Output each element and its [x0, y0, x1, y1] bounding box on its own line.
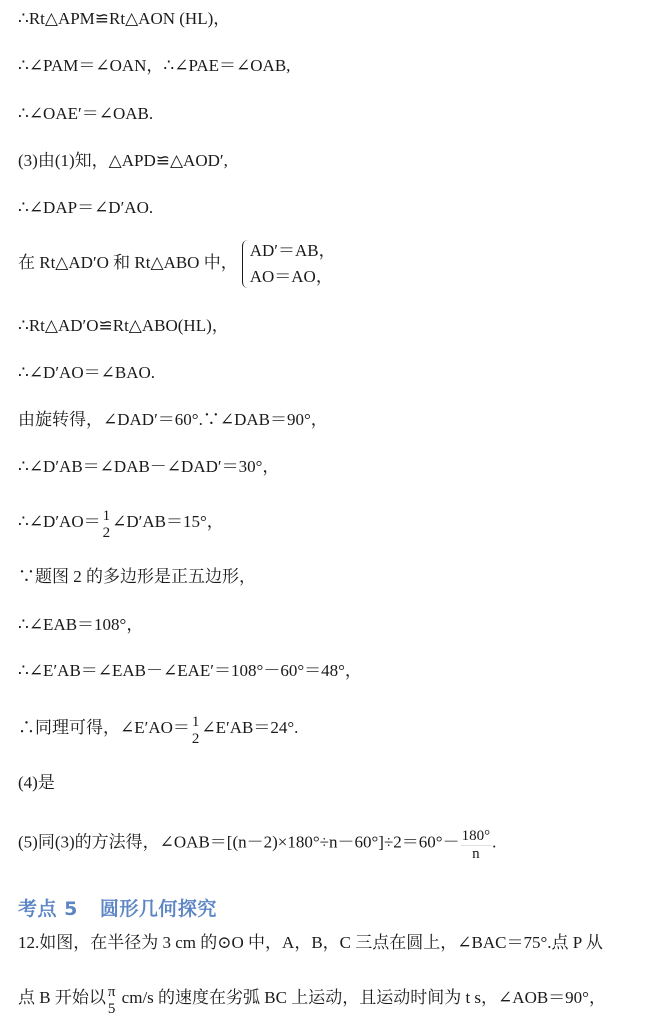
fraction-numerator: 180°: [461, 828, 492, 846]
section-number: 考点 5: [18, 898, 78, 920]
fraction-denominator: 2: [191, 731, 201, 748]
proof-line: ∴Rt△AD′O≌Rt△ABO(HL)，: [18, 315, 229, 337]
fraction: 12: [191, 714, 201, 748]
fraction: 180°n: [461, 828, 492, 863]
fraction-numerator: 1: [191, 714, 201, 731]
expr-after: .: [492, 832, 496, 851]
proof-line: ∴∠PAM＝∠OAN，∴∠PAE＝∠OAB,: [18, 55, 290, 77]
proof-line: ∴∠E′AB＝∠EAB－∠EAE′＝108°－60°＝48°，: [18, 660, 362, 682]
problem-line: 12.如图，在半径为 3 cm 的⊙O 中，A，B，C 三点在圆上，∠BAC＝7…: [18, 932, 603, 954]
expr-before: (5)同(3)的方法得，∠OAB＝[(n－2)×180°÷n－60°]÷2＝60…: [18, 832, 460, 851]
system-prefix: 在 Rt△AD′O 和 Rt△ABO 中，: [18, 253, 238, 272]
section-title: 圆形几何探究: [100, 898, 217, 920]
section-heading: 考点 5圆形几何探究: [18, 894, 217, 921]
fraction: 12: [102, 508, 112, 542]
expr-after: ∠D′AB＝15°，: [112, 512, 224, 531]
expr-before: ∴∠D′AO＝: [18, 512, 101, 531]
proof-line-system: 在 Rt△AD′O 和 Rt△ABO 中，AD′＝AB，AO＝AO，: [18, 238, 336, 290]
proof-line: (4)是: [18, 772, 55, 794]
fraction-numerator: 1: [102, 508, 112, 525]
proof-line: ∴∠OAE′＝∠OAB.: [18, 103, 153, 125]
proof-line: ∴Rt△APM≌Rt△AON (HL)，: [18, 8, 230, 30]
proof-line: ∴∠D′AB＝∠DAB－∠DAD′＝30°，: [18, 456, 279, 478]
fraction-numerator: π: [107, 984, 117, 1001]
fraction-denominator: n: [461, 846, 492, 863]
problem-line-fraction: 点 B 开始以π5 cm/s 的速度在劣弧 BC 上运动，且运动时间为 t s，…: [18, 982, 606, 1016]
proof-line: ∴∠DAP＝∠D′AO.: [18, 197, 153, 219]
system-eq-2: AO＝AO，: [250, 264, 336, 290]
proof-line-fraction: (5)同(3)的方法得，∠OAB＝[(n－2)×180°÷n－60°]÷2＝60…: [18, 826, 496, 861]
proof-line: ∴∠D′AO＝∠BAO.: [18, 362, 155, 384]
expr-before: ∴同理可得，∠E′AO＝: [18, 718, 190, 737]
fraction: π5: [107, 984, 117, 1018]
proof-line: 由旋转得，∠DAD′＝60°.∵∠DAB＝90°，: [18, 409, 328, 431]
proof-line-fraction: ∴∠D′AO＝12∠D′AB＝15°，: [18, 506, 224, 540]
proof-line: (3)由(1)知，△APD≌△AOD′,: [18, 150, 228, 172]
proof-line: ∴∠EAB＝108°，: [18, 614, 143, 636]
proof-line-fraction: ∴同理可得，∠E′AO＝12∠E′AB＝24°.: [18, 712, 298, 746]
expr-before: 点 B 开始以: [18, 988, 106, 1007]
system-eq-1: AD′＝AB，: [250, 238, 336, 264]
expr-after: cm/s 的速度在劣弧 BC 上运动，且运动时间为 t s，∠AOB＝90°，: [117, 988, 606, 1007]
fraction-denominator: 2: [102, 525, 112, 542]
proof-line: ∵题图 2 的多边形是正五边形，: [18, 566, 256, 588]
fraction-denominator: 5: [107, 1001, 117, 1018]
expr-after: ∠E′AB＝24°.: [201, 718, 298, 737]
equation-system: AD′＝AB，AO＝AO，: [242, 238, 336, 290]
